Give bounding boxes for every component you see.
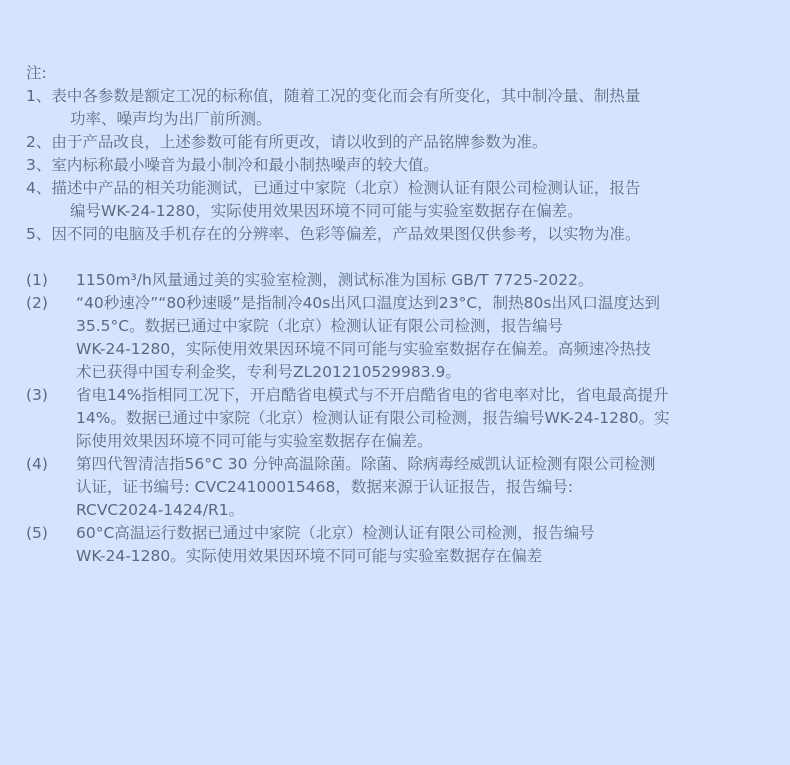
notes-heading: 注: (26, 62, 776, 85)
footnote-line: (1)1150m³/h风量通过美的实验室检测，测试标准为国标 GB/T 7725… (26, 269, 776, 292)
footnote-line: (4)第四代智清洁指56°C 30 分钟高温除菌。除菌、除病毒经威凯认证检测有限… (26, 453, 776, 476)
footnote-line: 术已获得中国专利金奖，专利号ZL201210529983.9。 (26, 361, 776, 384)
footnote-line: WK-24-1280，实际使用效果因环境不同可能与实验室数据存在偏差。高频速冷热… (26, 338, 776, 361)
footnote-line: RCVC2024-1424/R1。 (26, 499, 776, 522)
footnote-number: (5) (26, 522, 76, 545)
footnote-line: 际使用效果因环境不同可能与实验室数据存在偏差。 (26, 430, 776, 453)
note-line: 5、因不同的电脑及手机存在的分辨率、色彩等偏差，产品效果图仅供参考，以实物为准。 (26, 223, 776, 246)
footnote-text: 60°C高温运行数据已通过中家院（北京）检测认证有限公司检测，报告编号 (76, 524, 595, 542)
footnote-number: (1) (26, 269, 76, 292)
footnote-line: (3)省电14%指相同工况下，开启酷省电模式与不开启酷省电的省电率对比，省电最高… (26, 384, 776, 407)
note-line: 编号WK-24-1280，实际使用效果因环境不同可能与实验室数据存在偏差。 (26, 200, 776, 223)
footnote-number: (2) (26, 292, 76, 315)
note-item-4: 4、描述中产品的相关功能测试，已通过中家院（北京）检测认证有限公司检测认证，报告… (26, 177, 776, 223)
footnote-item-5: (5)60°C高温运行数据已通过中家院（北京）检测认证有限公司检测，报告编号 W… (26, 522, 776, 568)
footnote-number: (4) (26, 453, 76, 476)
note-item-3: 3、室内标称最小噪音为最小制冷和最小制热噪声的较大值。 (26, 154, 776, 177)
footnote-line: (2)“40秒速冷”“80秒速暖”是指制冷40s出风口温度达到23°C，制热80… (26, 292, 776, 315)
footnote-text: 省电14%指相同工况下，开启酷省电模式与不开启酷省电的省电率对比，省电最高提升 (76, 386, 668, 404)
footnote-number: (3) (26, 384, 76, 407)
footnote-line: 35.5°C。数据已通过中家院（北京）检测认证有限公司检测，报告编号 (26, 315, 776, 338)
note-line: 3、室内标称最小噪音为最小制冷和最小制热噪声的较大值。 (26, 154, 776, 177)
footnote-text: “40秒速冷”“80秒速暖”是指制冷40s出风口温度达到23°C，制热80s出风… (76, 294, 660, 312)
footnote-text: 1150m³/h风量通过美的实验室检测，测试标准为国标 GB/T 7725-20… (76, 271, 593, 289)
footnote-item-4: (4)第四代智清洁指56°C 30 分钟高温除菌。除菌、除病毒经威凯认证检测有限… (26, 453, 776, 522)
note-line: 4、描述中产品的相关功能测试，已通过中家院（北京）检测认证有限公司检测认证，报告 (26, 177, 776, 200)
note-item-5: 5、因不同的电脑及手机存在的分辨率、色彩等偏差，产品效果图仅供参考，以实物为准。 (26, 223, 776, 246)
footnote-item-1: (1)1150m³/h风量通过美的实验室检测，测试标准为国标 GB/T 7725… (26, 269, 776, 292)
note-item-2: 2、由于产品改良，上述参数可能有所更改，请以收到的产品铭牌参数为准。 (26, 131, 776, 154)
note-item-1: 1、表中各参数是额定工况的标称值，随着工况的变化而会有所变化，其中制冷量、制热量… (26, 85, 776, 131)
footnote-item-3: (3)省电14%指相同工况下，开启酷省电模式与不开启酷省电的省电率对比，省电最高… (26, 384, 776, 453)
footnote-item-2: (2)“40秒速冷”“80秒速暖”是指制冷40s出风口温度达到23°C，制热80… (26, 292, 776, 384)
footnote-text: 第四代智清洁指56°C 30 分钟高温除菌。除菌、除病毒经威凯认证检测有限公司检… (76, 455, 655, 473)
footnotes-list: (1)1150m³/h风量通过美的实验室检测，测试标准为国标 GB/T 7725… (26, 269, 776, 568)
disclaimer-document: 注: 1、表中各参数是额定工况的标称值，随着工况的变化而会有所变化，其中制冷量、… (26, 62, 776, 568)
section-spacer (26, 246, 776, 269)
note-line: 2、由于产品改良，上述参数可能有所更改，请以收到的产品铭牌参数为准。 (26, 131, 776, 154)
footnote-line: 14%。数据已通过中家院（北京）检测认证有限公司检测，报告编号WK-24-128… (26, 407, 776, 430)
note-line: 1、表中各参数是额定工况的标称值，随着工况的变化而会有所变化，其中制冷量、制热量 (26, 85, 776, 108)
footnote-line: 认证，证书编号: CVC24100015468，数据来源于认证报告，报告编号: (26, 476, 776, 499)
footnote-line: (5)60°C高温运行数据已通过中家院（北京）检测认证有限公司检测，报告编号 (26, 522, 776, 545)
note-line: 功率、噪声均为出厂前所测。 (26, 108, 776, 131)
footnote-line: WK-24-1280。实际使用效果因环境不同可能与实验室数据存在偏差 (26, 545, 776, 568)
notes-list: 1、表中各参数是额定工况的标称值，随着工况的变化而会有所变化，其中制冷量、制热量… (26, 85, 776, 246)
